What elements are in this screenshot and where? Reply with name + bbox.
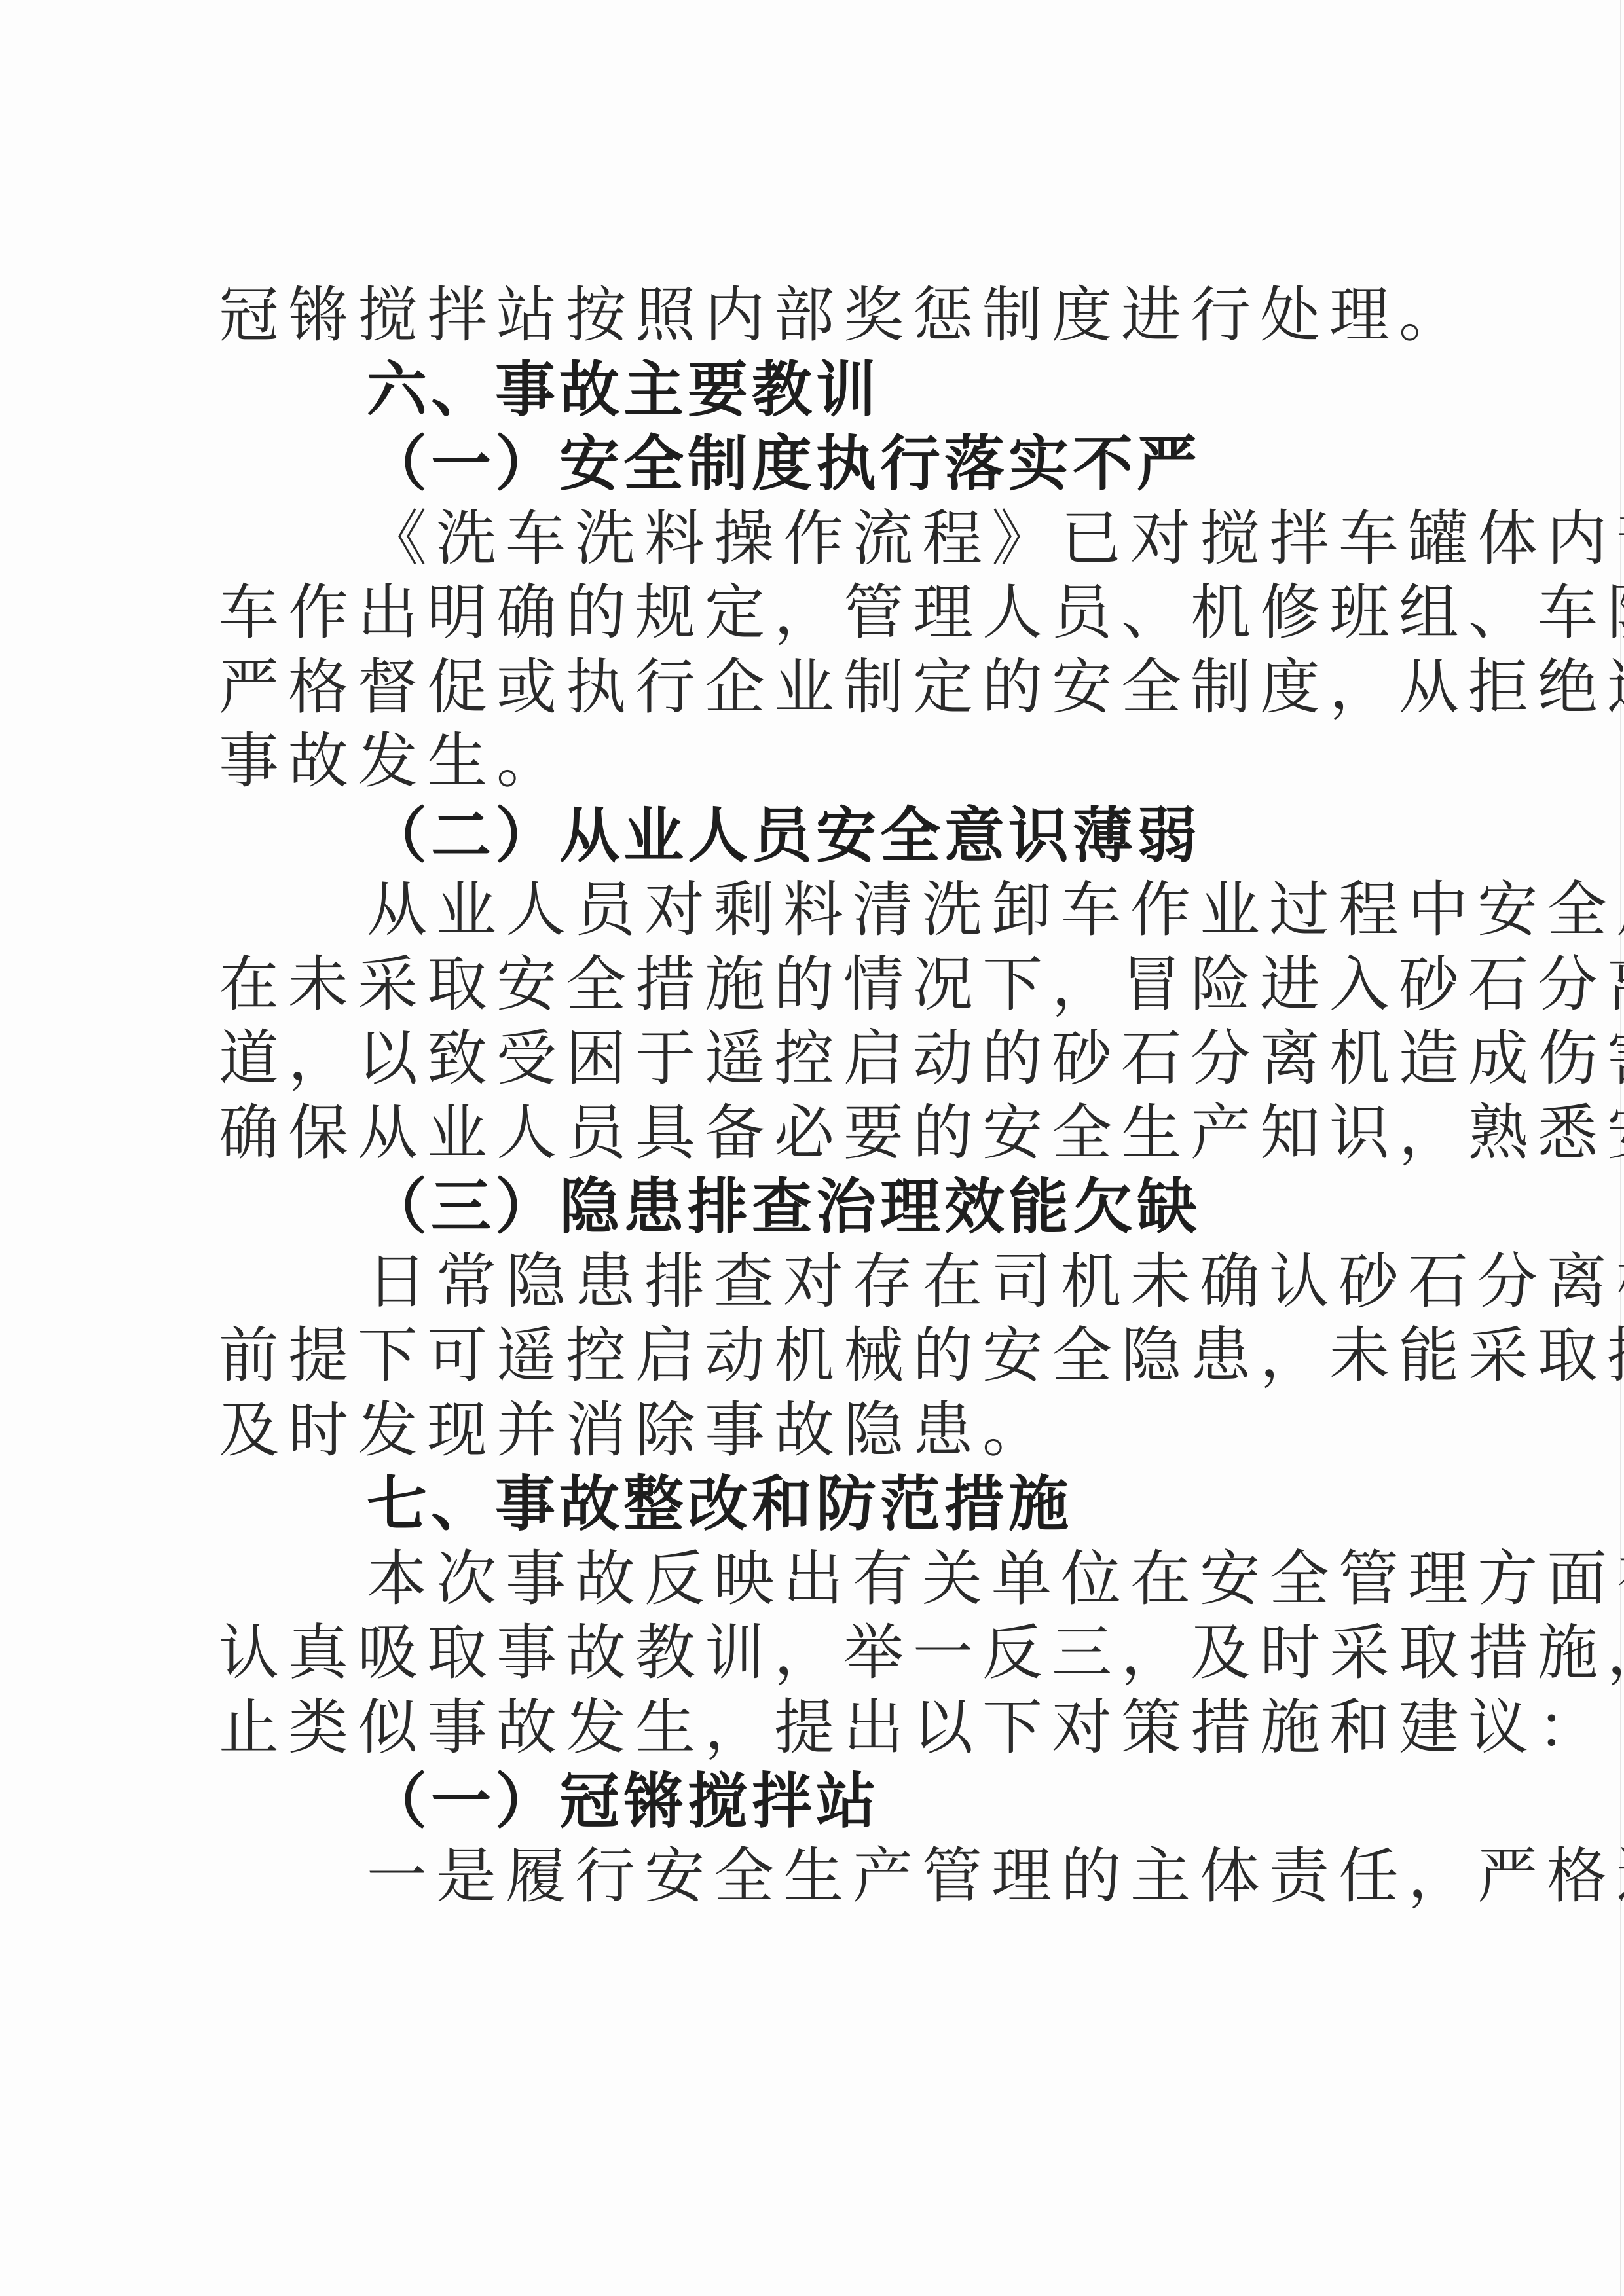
paragraph-line: 日常隐患排查对存在司机未确认砂石分离机实时安全条件 bbox=[219, 1245, 1417, 1319]
subheading-mixing-station: （一）冠锵搅拌站 bbox=[219, 1764, 1417, 1839]
document-body: 冠锵搅拌站按照内部奖惩制度进行处理。 六、事故主要教训 （一）安全制度执行落实不… bbox=[219, 278, 1417, 1913]
subheading-safety-awareness: （二）从业人员安全意识薄弱 bbox=[219, 799, 1417, 873]
paragraph-line: 在未采取安全措施的情况下，冒险进入砂石分离机疏通堵塞管 bbox=[219, 947, 1417, 1022]
paragraph-line: 确保从业人员具备必要的安全生产知识，熟悉安全操作规程。 bbox=[219, 1096, 1417, 1171]
paragraph-line: 一是履行安全生产管理的主体责任，严格遵守相关法律法 bbox=[219, 1839, 1417, 1914]
paragraph-line: 前提下可遥控启动机械的安全隐患，未能采取技术、管理措施， bbox=[219, 1319, 1417, 1393]
section-heading-rectification: 七、事故整改和防范措施 bbox=[219, 1467, 1417, 1542]
paragraph-line: 及时发现并消除事故隐患。 bbox=[219, 1393, 1417, 1468]
paragraph-line: 严格督促或执行企业制定的安全制度，从拒绝违章作业上避免 bbox=[219, 650, 1417, 725]
subheading-safety-system: （一）安全制度执行落实不严 bbox=[219, 427, 1417, 501]
paragraph-line: 《洗车洗料操作流程》已对搅拌车罐体内部剩料的清洗卸 bbox=[219, 501, 1417, 576]
subheading-hazard-inspection: （三）隐患排查治理效能欠缺 bbox=[219, 1170, 1417, 1245]
paragraph-line: 认真吸取事故教训，举一反三，及时采取措施，堵塞漏洞，防 bbox=[219, 1616, 1417, 1690]
paragraph-line: 从业人员对剩料清洗卸车作业过程中安全风险认识不足， bbox=[219, 873, 1417, 947]
paragraph-line: 止类似事故发生，提出以下对策措施和建议： bbox=[219, 1690, 1417, 1765]
paragraph-continuation-line: 冠锵搅拌站按照内部奖惩制度进行处理。 bbox=[219, 278, 1417, 353]
paragraph-line: 本次事故反映出有关单位在安全管理方面存在漏洞，为了 bbox=[219, 1542, 1417, 1616]
paragraph-line: 道，以致受困于遥控启动的砂石分离机造成伤害，日常教育未 bbox=[219, 1021, 1417, 1096]
paragraph-line: 事故发生。 bbox=[219, 724, 1417, 799]
section-heading-lessons: 六、事故主要教训 bbox=[219, 353, 1417, 428]
document-page: 冠锵搅拌站按照内部奖惩制度进行处理。 六、事故主要教训 （一）安全制度执行落实不… bbox=[0, 0, 1624, 2296]
paragraph-line: 车作出明确的规定，管理人员、机修班组、车队司机分别未能 bbox=[219, 575, 1417, 650]
